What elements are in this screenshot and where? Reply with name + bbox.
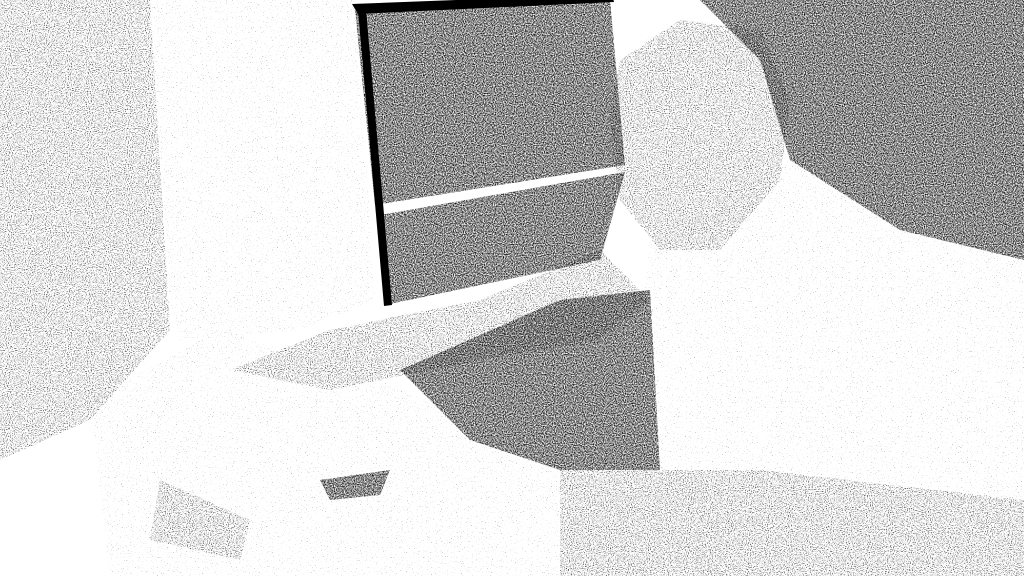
dithered-photo xyxy=(0,0,1024,576)
terminal-housing xyxy=(150,0,375,340)
